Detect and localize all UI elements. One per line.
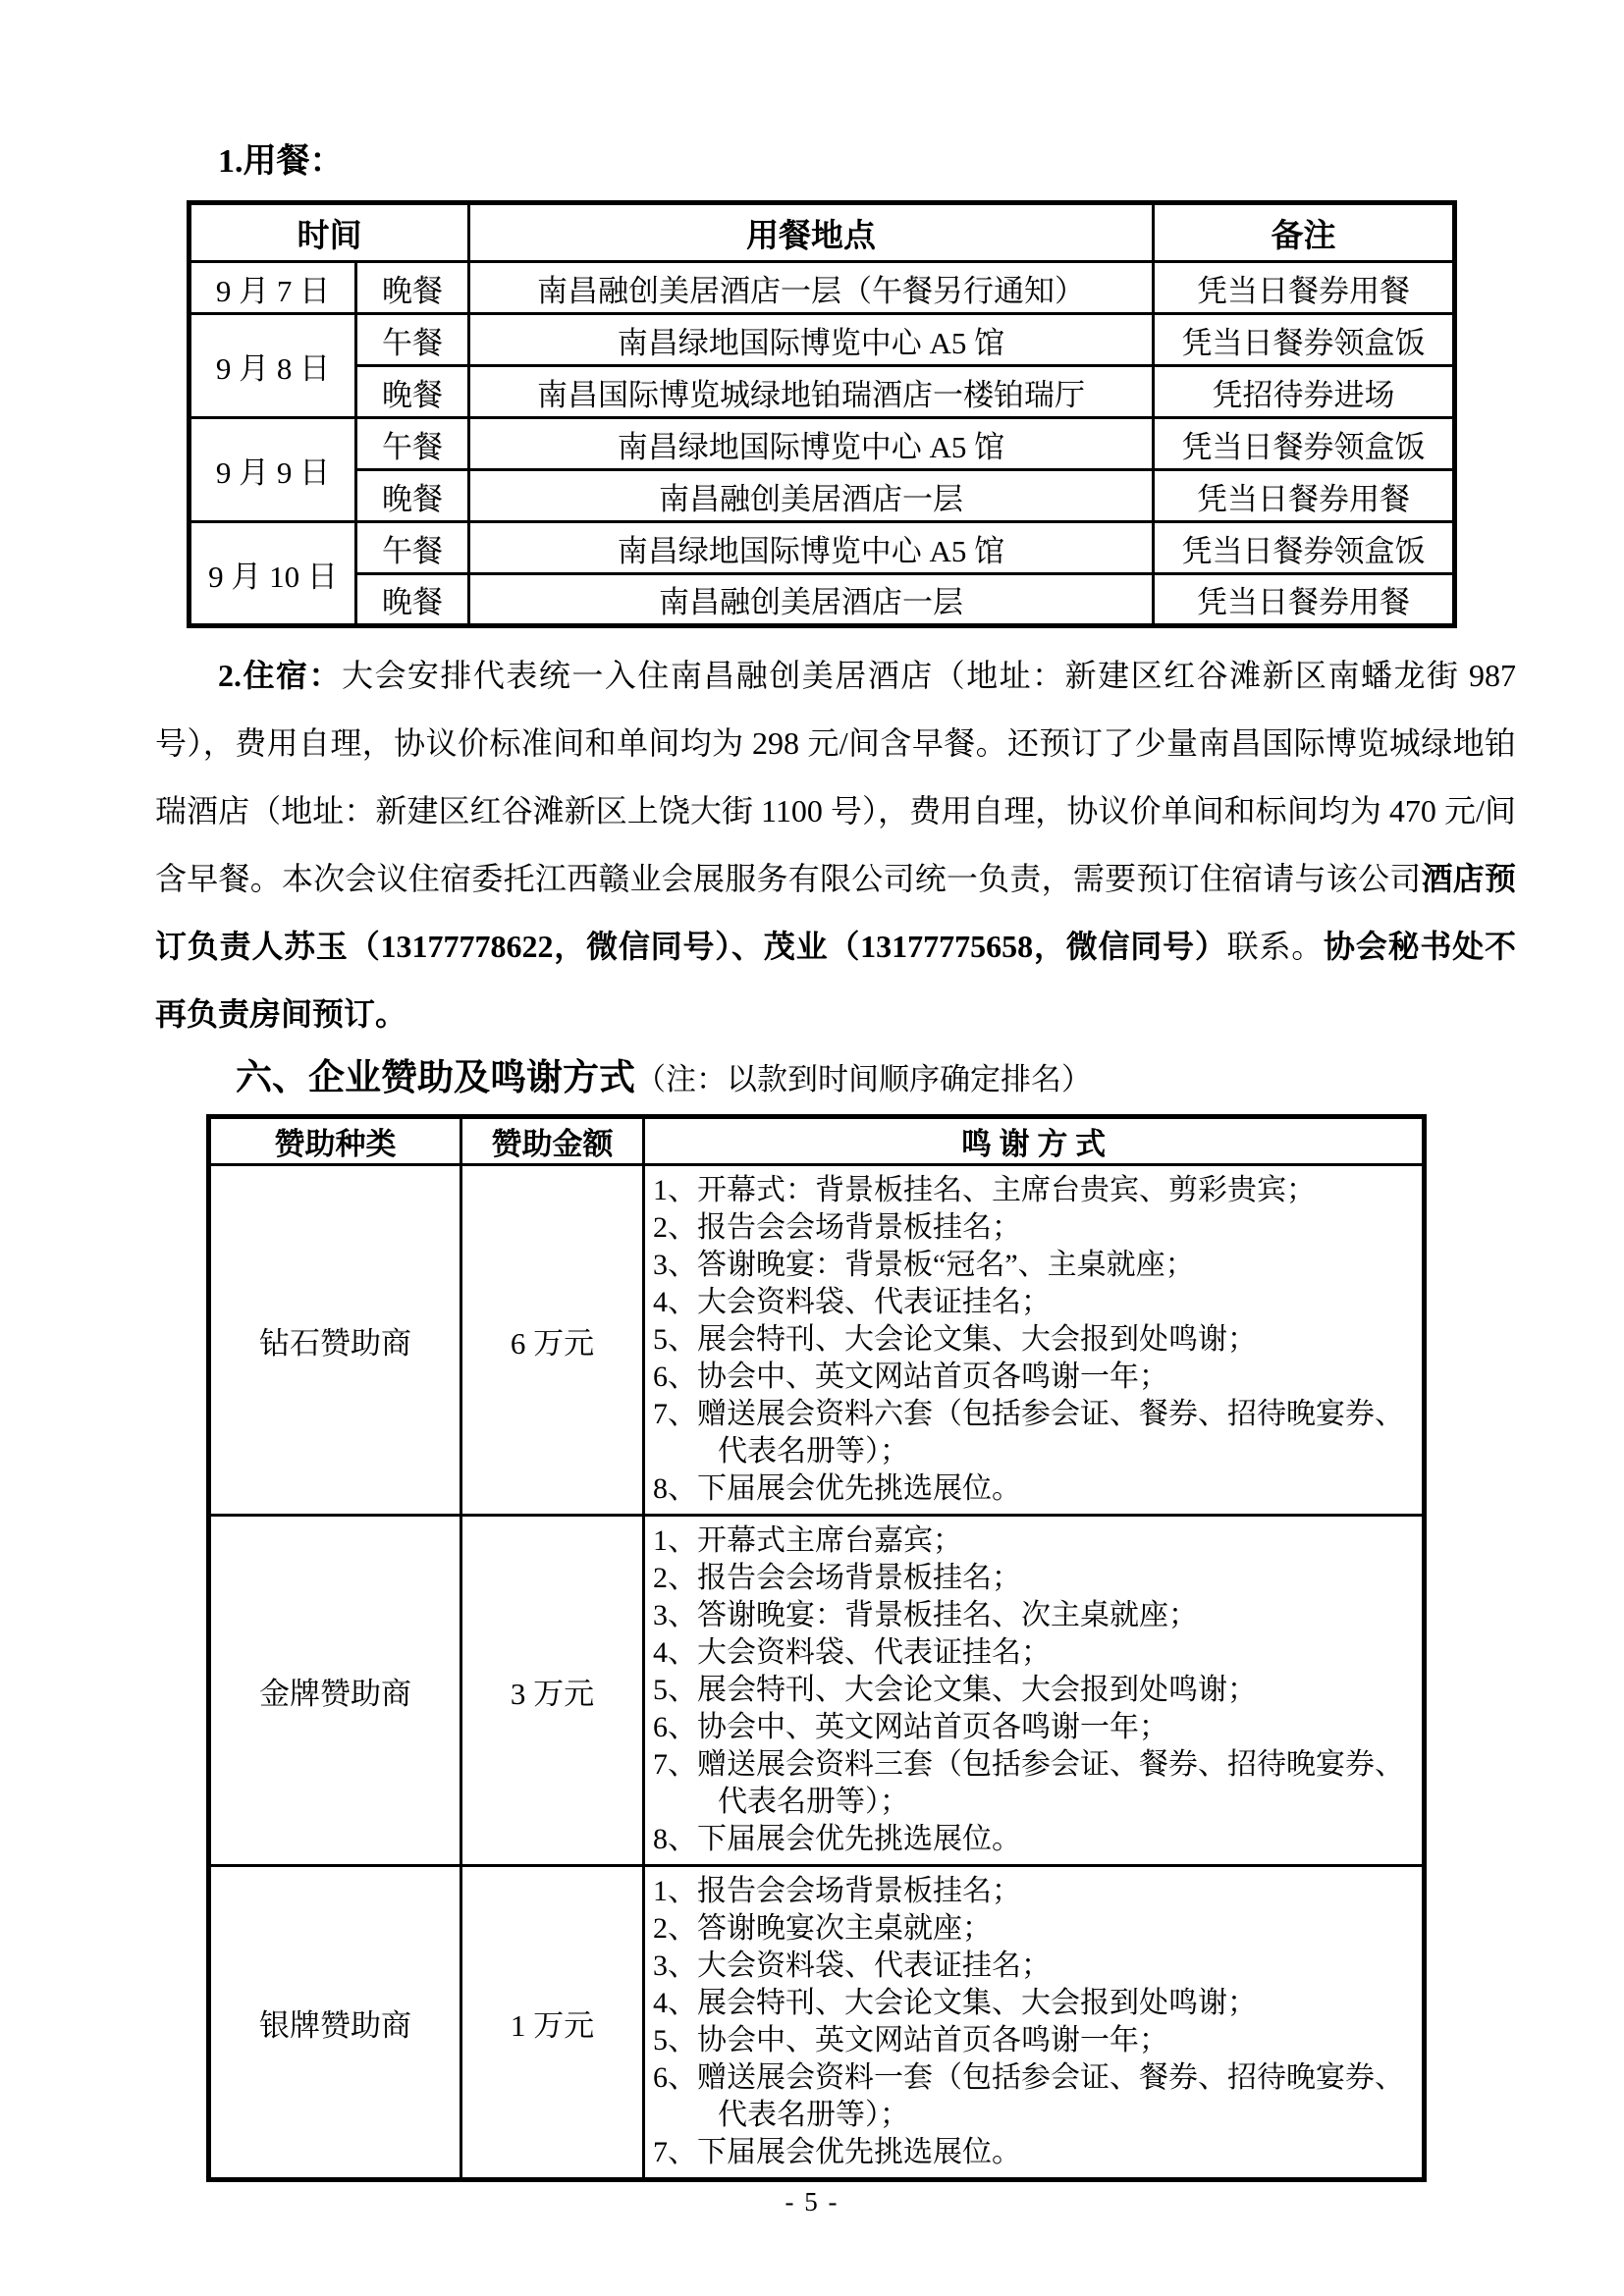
remark-cell: 凭招待券进场 xyxy=(1154,366,1455,418)
document-page: 1.用餐： 时间 用餐地点 备注 9 月 7 日 晚餐 南昌融创美居酒店一层（午… xyxy=(0,0,1624,2296)
sponsorship-heading-note: （注：以款到时间顺序确定排名） xyxy=(635,1062,1092,1096)
meal-cell: 晚餐 xyxy=(356,470,469,522)
meal-row: 9 月 8 日 午餐 南昌绿地国际博览中心 A5 馆 凭当日餐券领盒饭 xyxy=(189,314,1455,366)
meal-cell: 晚餐 xyxy=(356,574,469,626)
page-number: - 5 - xyxy=(0,2187,1624,2217)
date-cell: 9 月 10 日 xyxy=(189,522,356,626)
meal-schedule-table: 时间 用餐地点 备注 9 月 7 日 晚餐 南昌融创美居酒店一层（午餐另行通知）… xyxy=(187,200,1457,628)
accommodation-paragraph: 2.住宿：大会安排代表统一入住南昌融创美居酒店（地址：新建区红谷滩新区南蟠龙街 … xyxy=(155,642,1516,1048)
sponsor-tier-row: 钻石赞助商 6 万元 1、开幕式：背景板挂名、主席台贵宾、剪彩贵宾；2、报告会会… xyxy=(209,1165,1425,1516)
meal-row: 晚餐 南昌国际博览城绿地铂瑞酒店一楼铂瑞厅 凭招待券进场 xyxy=(189,366,1455,418)
remark-cell: 凭当日餐券领盒饭 xyxy=(1154,522,1455,574)
benefit-line: 1、开幕式：背景板挂名、主席台贵宾、剪彩贵宾； xyxy=(653,1172,1412,1209)
sponsor-tier-row: 银牌赞助商 1 万元 1、报告会会场背景板挂名；2、答谢晚宴次主桌就座；3、大会… xyxy=(209,1866,1425,2180)
col-header-sponsor-amount: 赞助金额 xyxy=(461,1117,644,1165)
benefit-line: 7、赠送展会资料六套（包括参会证、餐券、招待晚宴券、代表名册等）； xyxy=(653,1396,1412,1470)
meal-row: 晚餐 南昌融创美居酒店一层 凭当日餐券用餐 xyxy=(189,470,1455,522)
text-segment: 联系。 xyxy=(1227,929,1324,964)
tier-type-cell: 金牌赞助商 xyxy=(209,1516,461,1866)
benefit-line: 1、开幕式主席台嘉宾； xyxy=(653,1522,1412,1560)
date-cell: 9 月 9 日 xyxy=(189,418,356,522)
benefit-line: 5、展会特刊、大会论文集、大会报到处鸣谢； xyxy=(653,1672,1412,1709)
location-cell: 南昌融创美居酒店一层（午餐另行通知） xyxy=(469,262,1154,314)
benefit-line: 7、赠送展会资料三套（包括参会证、餐券、招待晚宴券、代表名册等）； xyxy=(653,1746,1412,1821)
col-header-sponsor-type: 赞助种类 xyxy=(209,1117,461,1165)
benefit-line: 6、赠送展会资料一套（包括参会证、餐券、招待晚宴券、代表名册等）； xyxy=(653,2059,1412,2134)
col-header-acknowledgment: 鸣 谢 方 式 xyxy=(644,1117,1425,1165)
remark-cell: 凭当日餐券用餐 xyxy=(1154,574,1455,626)
bold-text-segment: 2.住宿： xyxy=(218,658,342,693)
sponsorship-table: 赞助种类 赞助金额 鸣 谢 方 式 钻石赞助商 6 万元 1、开幕式：背景板挂名… xyxy=(206,1114,1427,2182)
sponsorship-table-header-row: 赞助种类 赞助金额 鸣 谢 方 式 xyxy=(209,1117,1425,1165)
tier-amount-cell: 6 万元 xyxy=(461,1165,644,1516)
tier-amount-cell: 3 万元 xyxy=(461,1516,644,1866)
benefit-line: 3、大会资料袋、代表证挂名； xyxy=(653,1948,1412,1985)
location-cell: 南昌绿地国际博览中心 A5 馆 xyxy=(469,418,1154,470)
benefit-line: 2、答谢晚宴次主桌就座； xyxy=(653,1910,1412,1948)
benefit-line: 4、大会资料袋、代表证挂名； xyxy=(653,1634,1412,1672)
sponsorship-section-heading: 六、企业赞助及鸣谢方式（注：以款到时间顺序确定排名） xyxy=(236,1052,1624,1106)
benefit-line: 4、大会资料袋、代表证挂名； xyxy=(653,1284,1412,1321)
benefit-line: 8、下届展会优先挑选展位。 xyxy=(653,1470,1412,1508)
benefit-line: 6、协会中、英文网站首页各鸣谢一年； xyxy=(653,1709,1412,1746)
benefit-line: 2、报告会会场背景板挂名； xyxy=(653,1560,1412,1597)
remark-cell: 凭当日餐券领盒饭 xyxy=(1154,314,1455,366)
date-cell: 9 月 8 日 xyxy=(189,314,356,418)
meal-table-header-row: 时间 用餐地点 备注 xyxy=(189,203,1455,262)
text-segment: 大会安排代表统一入住南昌融创美居酒店（地址：新建区红谷滩新区南蟠龙街 987 号… xyxy=(155,658,1516,896)
sponsorship-heading-main: 六、企业赞助及鸣谢方式 xyxy=(236,1058,635,1098)
meal-row: 晚餐 南昌融创美居酒店一层 凭当日餐券用餐 xyxy=(189,574,1455,626)
remark-cell: 凭当日餐券用餐 xyxy=(1154,262,1455,314)
tier-amount-cell: 1 万元 xyxy=(461,1866,644,2180)
benefit-line: 1、报告会会场背景板挂名； xyxy=(653,1873,1412,1910)
date-cell: 9 月 7 日 xyxy=(189,262,356,314)
meal-row: 9 月 7 日 晚餐 南昌融创美居酒店一层（午餐另行通知） 凭当日餐券用餐 xyxy=(189,262,1455,314)
meal-row: 9 月 9 日 午餐 南昌绿地国际博览中心 A5 馆 凭当日餐券领盒饭 xyxy=(189,418,1455,470)
benefit-line: 8、下届展会优先挑选展位。 xyxy=(653,1821,1412,1858)
tier-benefits-cell: 1、开幕式主席台嘉宾；2、报告会会场背景板挂名；3、答谢晚宴：背景板挂名、次主桌… xyxy=(644,1516,1425,1866)
remark-cell: 凭当日餐券领盒饭 xyxy=(1154,418,1455,470)
remark-cell: 凭当日餐券用餐 xyxy=(1154,470,1455,522)
benefit-line: 2、报告会会场背景板挂名； xyxy=(653,1209,1412,1247)
location-cell: 南昌绿地国际博览中心 A5 馆 xyxy=(469,314,1154,366)
benefit-line: 3、答谢晚宴：背景板挂名、次主桌就座； xyxy=(653,1597,1412,1634)
meal-cell: 晚餐 xyxy=(356,262,469,314)
meal-cell: 午餐 xyxy=(356,522,469,574)
sponsor-tier-row: 金牌赞助商 3 万元 1、开幕式主席台嘉宾；2、报告会会场背景板挂名；3、答谢晚… xyxy=(209,1516,1425,1866)
tier-benefits-cell: 1、报告会会场背景板挂名；2、答谢晚宴次主桌就座；3、大会资料袋、代表证挂名；4… xyxy=(644,1866,1425,2180)
tier-type-cell: 银牌赞助商 xyxy=(209,1866,461,2180)
benefit-line: 4、展会特刊、大会论文集、大会报到处鸣谢； xyxy=(653,1985,1412,2022)
meal-cell: 午餐 xyxy=(356,418,469,470)
meal-row: 9 月 10 日 午餐 南昌绿地国际博览中心 A5 馆 凭当日餐券领盒饭 xyxy=(189,522,1455,574)
col-header-time: 时间 xyxy=(189,203,469,262)
tier-type-cell: 钻石赞助商 xyxy=(209,1165,461,1516)
tier-benefits-cell: 1、开幕式：背景板挂名、主席台贵宾、剪彩贵宾；2、报告会会场背景板挂名；3、答谢… xyxy=(644,1165,1425,1516)
benefit-line: 5、协会中、英文网站首页各鸣谢一年； xyxy=(653,2022,1412,2059)
location-cell: 南昌融创美居酒店一层 xyxy=(469,574,1154,626)
meal-cell: 午餐 xyxy=(356,314,469,366)
meal-section-heading: 1.用餐： xyxy=(218,0,1624,185)
meal-cell: 晚餐 xyxy=(356,366,469,418)
benefit-line: 5、展会特刊、大会论文集、大会报到处鸣谢； xyxy=(653,1321,1412,1359)
benefit-line: 7、下届展会优先挑选展位。 xyxy=(653,2134,1412,2171)
col-header-location: 用餐地点 xyxy=(469,203,1154,262)
location-cell: 南昌绿地国际博览中心 A5 馆 xyxy=(469,522,1154,574)
benefit-line: 6、协会中、英文网站首页各鸣谢一年； xyxy=(653,1359,1412,1396)
col-header-remark: 备注 xyxy=(1154,203,1455,262)
location-cell: 南昌国际博览城绿地铂瑞酒店一楼铂瑞厅 xyxy=(469,366,1154,418)
location-cell: 南昌融创美居酒店一层 xyxy=(469,470,1154,522)
benefit-line: 3、答谢晚宴：背景板“冠名”、主桌就座； xyxy=(653,1247,1412,1284)
